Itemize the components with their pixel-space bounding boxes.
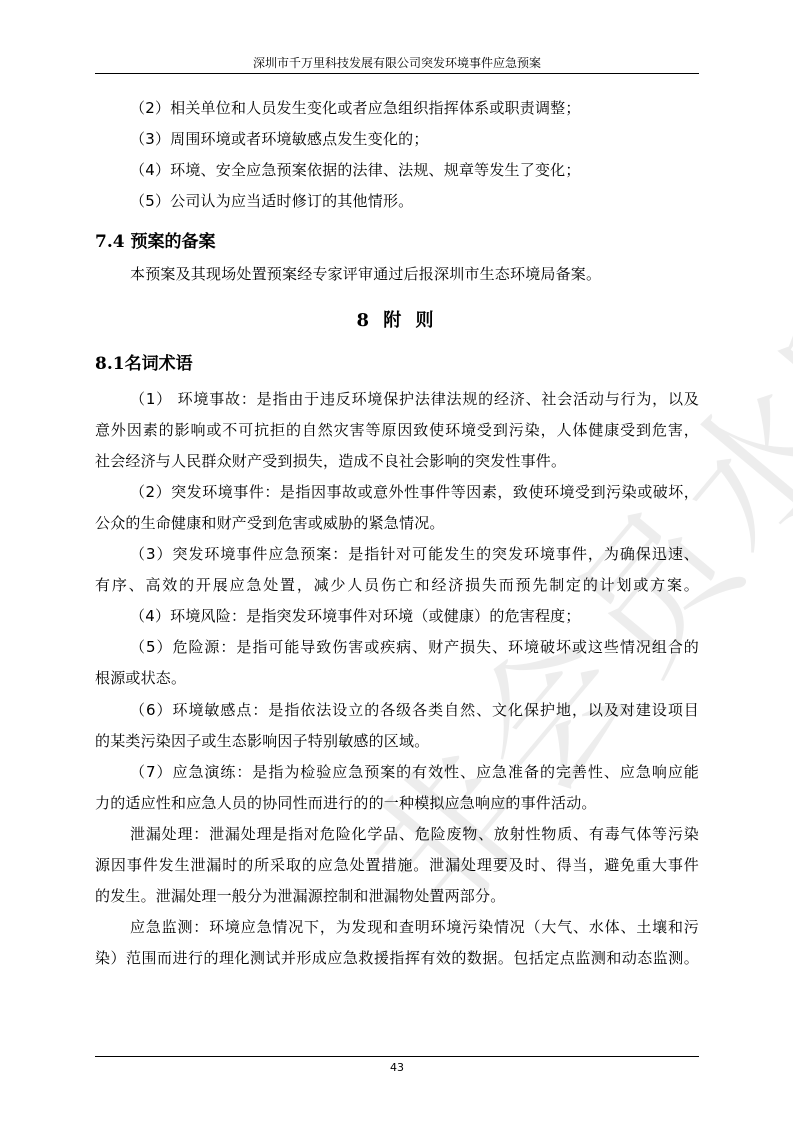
paragraph-line: （1） 环境事故：是指由于违反环境保护法律法规的经济、社会活动与行为，以及 (130, 389, 699, 409)
list-item: （3）周围环境或者环境敏感点发生变化的； (130, 129, 699, 149)
chapter-heading-8: 8 附 则 (95, 310, 699, 332)
section-heading-7-4: 7.4 预案的备案 (95, 231, 216, 253)
paragraph-line: 力的适应性和应急人员的协同性而进行的的一种模拟应急响应的事件活动。 (95, 793, 699, 813)
list-item: （5）公司认为应当适时修订的其他情形。 (130, 191, 699, 211)
paragraph-line: 泄漏处理：泄漏处理是指对危险化学品、危险废物、放射性物质、有毒气体等污染 (130, 824, 699, 844)
paragraph-line: 的发生。泄漏处理一般分为泄漏源控制和泄漏物处置两部分。 (95, 886, 699, 906)
section-heading-8-1: 8.1名词术语 (95, 353, 193, 375)
page-number: 43 (95, 1061, 699, 1075)
header-divider (95, 73, 699, 74)
paragraph-line: 的某类污染因子或生态影响因子特别敏感的区域。 (95, 731, 699, 751)
paragraph-line: （5）危险源：是指可能导致伤害或疾病、财产损失、环境破坏或这些情况组合的 (130, 637, 699, 657)
running-header: 深圳市千万里科技发展有限公司突发环境事件应急预案 (95, 55, 699, 73)
paragraph-line: 社会经济与人民群众财产受到损失，造成不良社会影响的突发性事件。 (95, 451, 699, 471)
list-item: （4）环境、安全应急预案依据的法律、法规、规章等发生了变化； (130, 160, 699, 180)
footer-divider (95, 1056, 699, 1057)
paragraph-line: 意外因素的影响或不可抗拒的自然灾害等原因致使环境受到污染，人体健康受到危害， (95, 420, 699, 440)
paragraph-line: 有序、高效的开展应急处置，减少人员伤亡和经济损失而预先制定的计划或方案。 (95, 575, 699, 595)
paragraph-line: （4）环境风险：是指突发环境事件对环境（或健康）的危害程度； (130, 606, 699, 626)
paragraph-line: （2）突发环境事件：是指因事故或意外性事件等因素，致使环境受到污染或破坏， (130, 482, 699, 502)
paragraph-line: 源因事件发生泄漏时的所采取的应急处置措施。泄漏处理要及时、得当，避免重大事件 (95, 855, 699, 875)
paragraph-line: 公众的生命健康和财产受到危害或威胁的紧急情况。 (95, 513, 699, 533)
paragraph-line: 染）范围而进行的理化测试并形成应急救援指挥有效的数据。包括定点监测和动态监测。 (95, 948, 699, 968)
paragraph-line: （3）突发环境事件应急预案：是指针对可能发生的突发环境事件，为确保迅速、 (130, 544, 699, 564)
paragraph-line: 根源或状态。 (95, 668, 699, 688)
paragraph-line: （7）应急演练：是指为检验应急预案的有效性、应急准备的完善性、应急响应能 (130, 762, 699, 782)
paragraph: 本预案及其现场处置预案经专家评审通过后报深圳市生态环境局备案。 (130, 264, 699, 284)
paragraph-line: 应急监测：环境应急情况下，为发现和查明环境污染情况（大气、水体、土壤和污 (130, 917, 699, 937)
list-item: （2）相关单位和人员发生变化或者应急组织指挥体系或职责调整； (130, 98, 699, 118)
paragraph-line: （6）环境敏感点：是指依法设立的各级各类自然、文化保护地，以及对建设项目 (130, 700, 699, 720)
